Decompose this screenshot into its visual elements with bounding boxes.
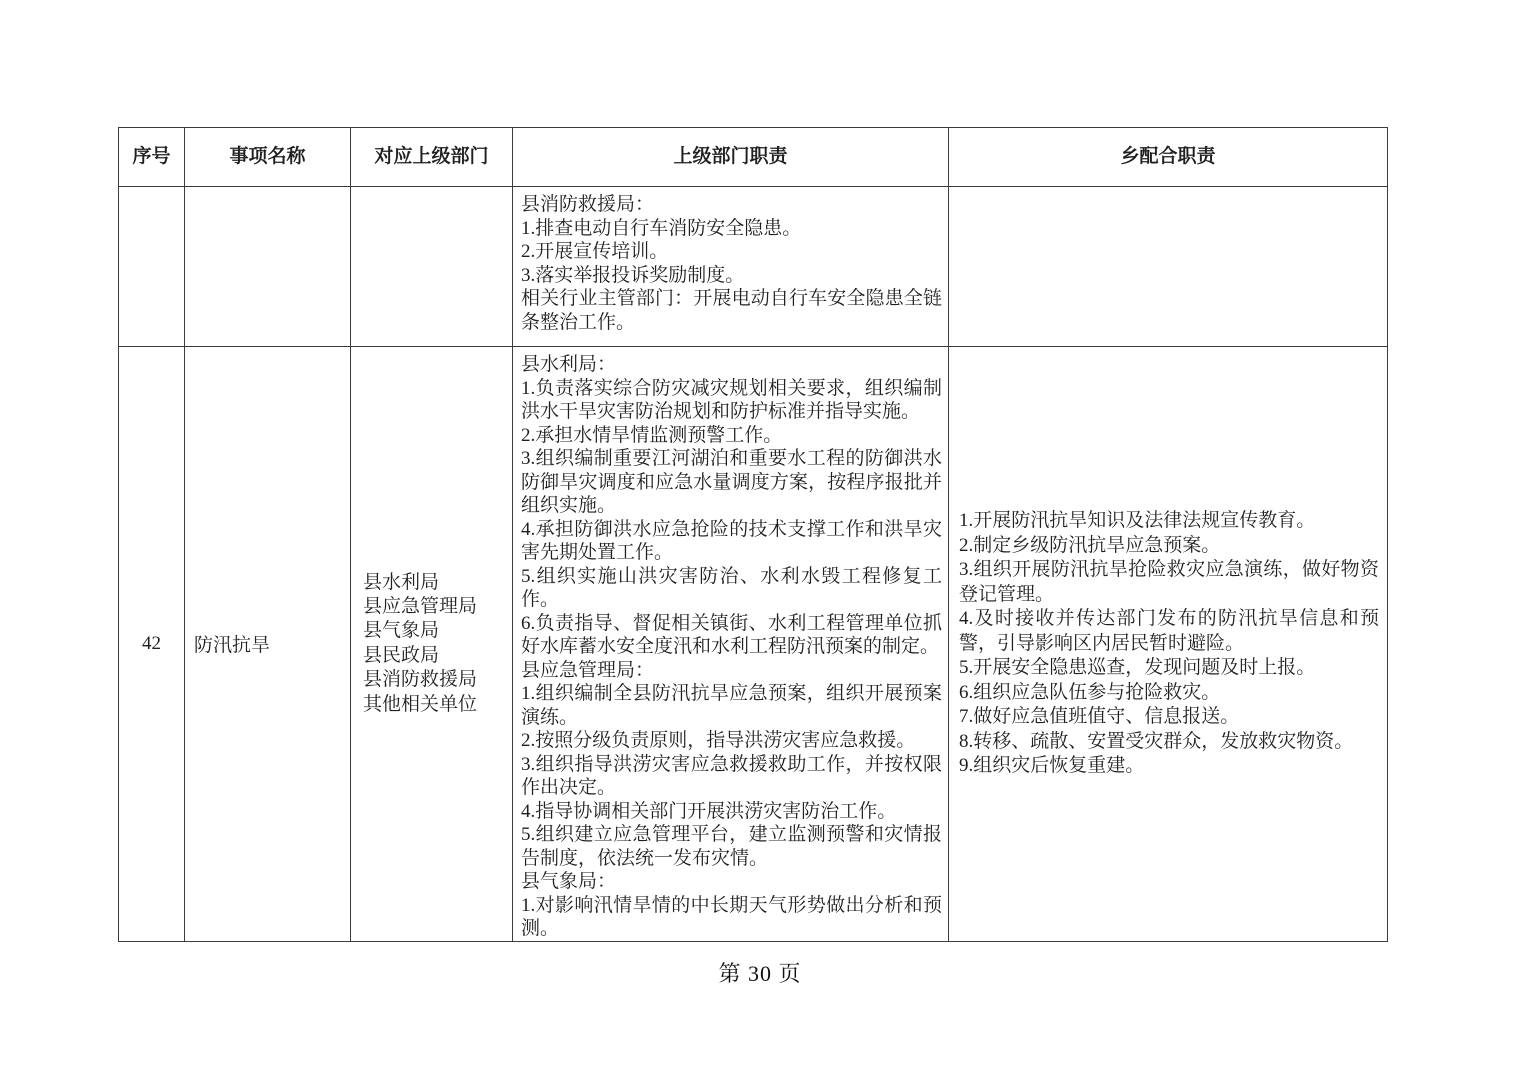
duty-paragraph: 5.开展安全隐患巡查，发现问题及时上报。 [959, 656, 1379, 681]
duty-paragraph: 3.落实举报投诉奖励制度。 [521, 264, 942, 288]
cell-superior-departments [351, 187, 513, 347]
cell-seq: 42 [119, 347, 185, 942]
duty-paragraph: 2.承担水情旱情监测预警工作。 [521, 424, 942, 448]
table-header-row: 序号 事项名称 对应上级部门 上级部门职责 乡配合职责 [119, 128, 1388, 187]
duty-paragraph: 2.制定乡级防汛抗旱应急预案。 [959, 534, 1379, 559]
duty-paragraph: 5.组织建立应急管理平台，建立监测预警和灾情报告制度，依法统一发布灾情。 [521, 823, 942, 870]
department-line: 县气象局 [363, 619, 512, 643]
column-header-superior-duties: 上级部门职责 [513, 128, 949, 187]
department-line: 其他相关单位 [363, 693, 512, 717]
responsibility-table: 序号 事项名称 对应上级部门 上级部门职责 乡配合职责 县消防救援局：1.排查电… [118, 127, 1388, 942]
duty-paragraph: 7.做好应急值班值守、信息报送。 [959, 705, 1379, 730]
duty-paragraph: 2.开展宣传培训。 [521, 240, 942, 264]
cell-superior-duties: 县水利局：1.负责落实综合防灾减灾规划相关要求，组织编制洪水干旱灾害防治规划和防… [513, 347, 949, 942]
cell-item-name: 防汛抗旱 [185, 347, 351, 942]
duty-paragraph: 1.排查电动自行车消防安全隐患。 [521, 217, 942, 241]
department-line: 县应急管理局 [363, 595, 512, 619]
table-row-continuation: 县消防救援局：1.排查电动自行车消防安全隐患。2.开展宣传培训。3.落实举报投诉… [119, 187, 1388, 347]
duty-paragraph: 3.组织开展防汛抗旱抢险救灾应急演练，做好物资登记管理。 [959, 558, 1379, 607]
duty-paragraph: 相关行业主管部门：开展电动自行车安全隐患全链条整治工作。 [521, 287, 942, 334]
column-header-township-duties: 乡配合职责 [949, 128, 1388, 187]
duty-list: 县水利局：1.负责落实综合防灾减灾规划相关要求，组织编制洪水干旱灾害防治规划和防… [521, 353, 942, 941]
duty-paragraph: 6.组织应急队伍参与抢险救灾。 [959, 681, 1379, 706]
duty-paragraph: 2.按照分级负责原则，指导洪涝灾害应急救援。 [521, 729, 942, 753]
duty-paragraph: 县应急管理局： [521, 659, 942, 683]
column-header-item-name: 事项名称 [185, 128, 351, 187]
table-row-42: 42 防汛抗旱 县水利局县应急管理局县气象局县民政局县消防救援局其他相关单位 县… [119, 347, 1388, 942]
duty-paragraph: 4.承担防御洪水应急抢险的技术支撑工作和洪旱灾害先期处置工作。 [521, 518, 942, 565]
duty-paragraph: 3.组织指导洪涝灾害应急救援救助工作，并按权限作出决定。 [521, 753, 942, 800]
coop-duty-list: 1.开展防汛抗旱知识及法律法规宣传教育。2.制定乡级防汛抗旱应急预案。3.组织开… [959, 509, 1379, 779]
duty-paragraph: 县气象局： [521, 870, 942, 894]
duty-paragraph: 县水利局： [521, 353, 942, 377]
department-line: 县消防救援局 [363, 668, 512, 692]
duty-paragraph: 8.转移、疏散、安置受灾群众，发放救灾物资。 [959, 730, 1379, 755]
department-list: 县水利局县应急管理局县气象局县民政局县消防救援局其他相关单位 [363, 571, 512, 717]
column-header-superior-departments: 对应上级部门 [351, 128, 513, 187]
cell-township-duties: 1.开展防汛抗旱知识及法律法规宣传教育。2.制定乡级防汛抗旱应急预案。3.组织开… [949, 347, 1388, 942]
duty-list: 县消防救援局：1.排查电动自行车消防安全隐患。2.开展宣传培训。3.落实举报投诉… [521, 193, 942, 334]
duty-paragraph: 1.对影响汛情旱情的中长期天气形势做出分析和预测。 [521, 894, 942, 941]
document-page: 序号 事项名称 对应上级部门 上级部门职责 乡配合职责 县消防救援局：1.排查电… [0, 0, 1520, 1074]
department-line: 县水利局 [363, 571, 512, 595]
duty-paragraph: 1.组织编制全县防汛抗旱应急预案，组织开展预案演练。 [521, 682, 942, 729]
duty-paragraph: 4.指导协调相关部门开展洪涝灾害防治工作。 [521, 800, 942, 824]
duty-paragraph: 6.负责指导、督促相关镇街、水利工程管理单位抓好水库蓄水安全度汛和水利工程防汛预… [521, 612, 942, 659]
cell-superior-duties: 县消防救援局：1.排查电动自行车消防安全隐患。2.开展宣传培训。3.落实举报投诉… [513, 187, 949, 347]
page-number: 第 30 页 [0, 957, 1520, 988]
cell-seq [119, 187, 185, 347]
cell-township-duties [949, 187, 1388, 347]
duty-paragraph: 4.及时接收并传达部门发布的防汛抗旱信息和预警，引导影响区内居民暂时避险。 [959, 607, 1379, 656]
duty-paragraph: 1.负责落实综合防灾减灾规划相关要求，组织编制洪水干旱灾害防治规划和防护标准并指… [521, 377, 942, 424]
cell-item-name [185, 187, 351, 347]
duty-paragraph: 9.组织灾后恢复重建。 [959, 754, 1379, 779]
duty-paragraph: 县消防救援局： [521, 193, 942, 217]
department-line: 县民政局 [363, 644, 512, 668]
duty-paragraph: 5.组织实施山洪灾害防治、水利水毁工程修复工作。 [521, 565, 942, 612]
column-header-seq: 序号 [119, 128, 185, 187]
duty-paragraph: 1.开展防汛抗旱知识及法律法规宣传教育。 [959, 509, 1379, 534]
cell-superior-departments: 县水利局县应急管理局县气象局县民政局县消防救援局其他相关单位 [351, 347, 513, 942]
duty-paragraph: 3.组织编制重要江河湖泊和重要水工程的防御洪水防御旱灾调度和应急水量调度方案，按… [521, 447, 942, 518]
